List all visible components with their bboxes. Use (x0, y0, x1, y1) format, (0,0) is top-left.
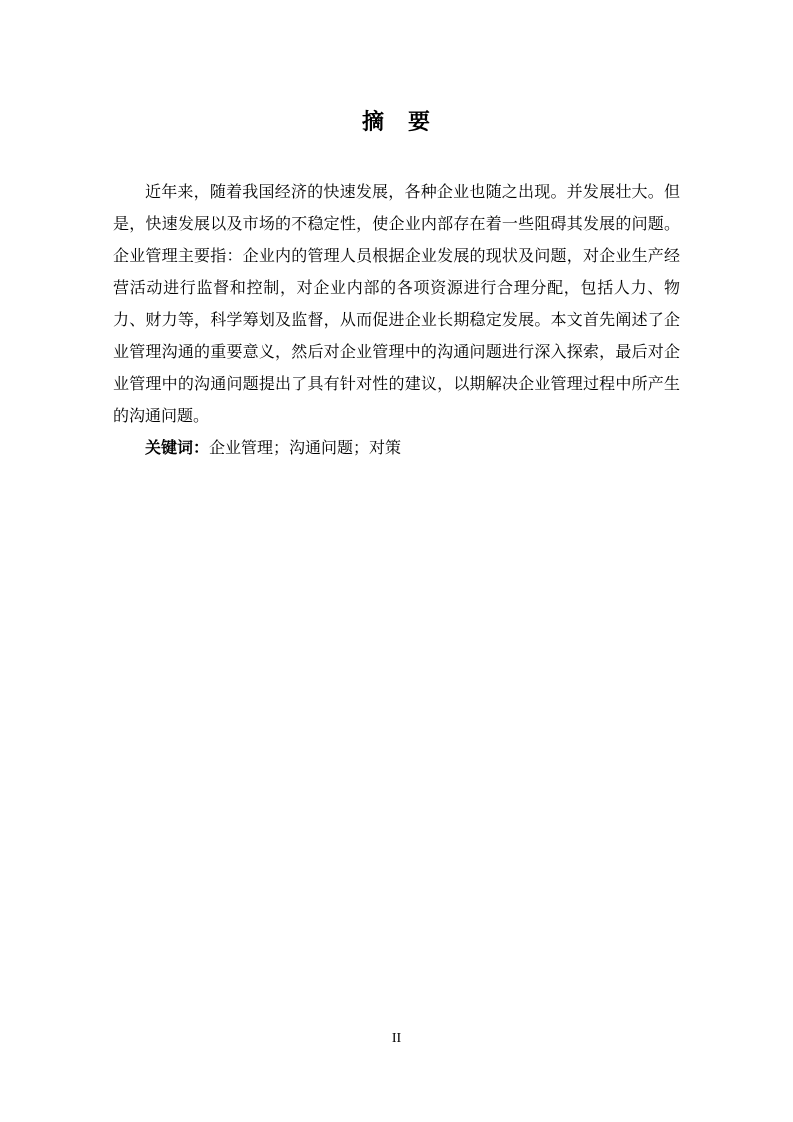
document-page: 摘 要 近年来，随着我国经济的快速发展，各种企业也随之出现。并发展壮大。但是，快… (0, 0, 793, 1122)
abstract-title: 摘 要 (0, 105, 793, 138)
keywords-line: 关键词：企业管理；沟通问题；对策 (113, 433, 680, 465)
keywords-text: 企业管理；沟通问题；对策 (209, 440, 401, 457)
page-number: II (0, 1031, 793, 1047)
abstract-paragraph: 近年来，随着我国经济的快速发展，各种企业也随之出现。并发展壮大。但是，快速发展以… (113, 177, 680, 433)
abstract-content: 近年来，随着我国经济的快速发展，各种企业也随之出现。并发展壮大。但是，快速发展以… (113, 177, 680, 465)
keywords-label: 关键词： (145, 440, 209, 457)
